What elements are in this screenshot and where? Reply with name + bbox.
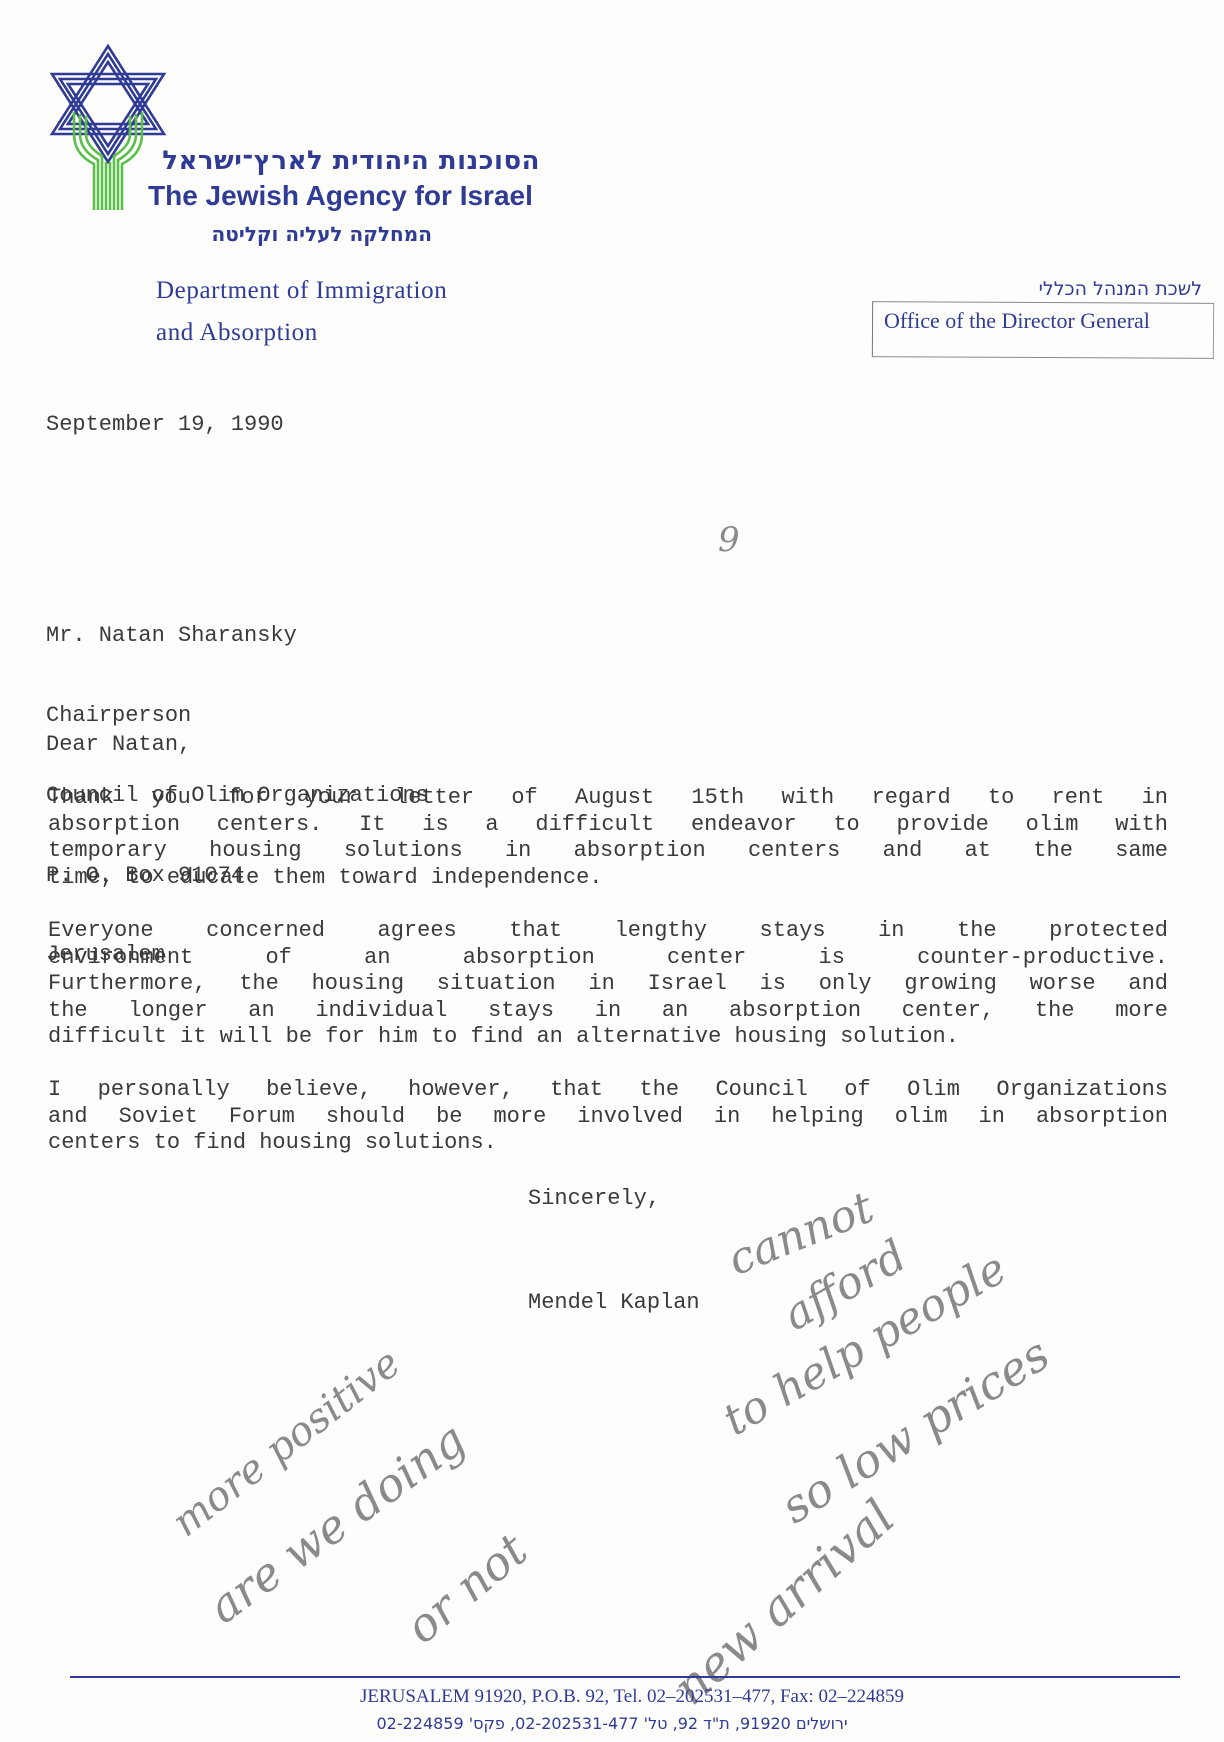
department-line-1: Department of Immigration [156,270,447,312]
handwritten-note: or not [395,1523,537,1654]
recipient-title: Chairperson [46,703,429,730]
department-line-2: and Absorption [156,312,447,354]
paragraph-line: time, to educate them toward independenc… [48,865,1168,892]
body-paragraph-2: Everyone concerned agrees that lengthy s… [48,918,1168,1051]
footer-address-english: JERUSALEM 91920, P.O.B. 92, Tel. 02–2025… [0,1686,1224,1708]
letter-date: September 19, 1990 [46,412,284,439]
department-name-hebrew: המחלקה לעליה וקליטה [150,222,432,246]
closing: Sincerely, [528,1186,660,1213]
footer-address-hebrew: ירושלים 91920, ת"ד 92, טל' 02-202531-477… [0,1714,1224,1733]
paragraph-line: I personally believe, however, that the … [48,1077,1168,1104]
recipient-name: Mr. Natan Sharansky [46,623,429,650]
paragraph-line: absorption centers. It is a difficult en… [48,812,1168,839]
department-name-english: Department of Immigration and Absorption [156,270,447,354]
org-name-english: The Jewish Agency for Israel [148,180,533,212]
salutation: Dear Natan, [46,732,191,759]
paragraph-line: difficult it will be for him to find an … [48,1024,1168,1051]
paragraph-line: Thank you for your letter of August 15th… [48,785,1168,812]
paragraph-line: Everyone concerned agrees that lengthy s… [48,918,1168,945]
paragraph-line: the longer an individual stays in an abs… [48,998,1168,1025]
footer-divider [70,1676,1180,1678]
paragraph-line: Furthermore, the housing situation in Is… [48,971,1168,998]
handwritten-page-mark: 9 [718,520,740,560]
org-name-hebrew: הסוכנות היהודית לארץ־ישראל [130,146,540,176]
paragraph-line: temporary housing solutions in absorptio… [48,838,1168,865]
paragraph-line: centers to find housing solutions. [48,1130,1168,1157]
paragraph-line: environment of an absorption center is c… [48,945,1168,972]
paragraph-line: and Soviet Forum should be more involved… [48,1104,1168,1131]
body-paragraph-1: Thank you for your letter of August 15th… [48,785,1168,891]
office-name-english: Office of the Director General [884,308,1150,334]
handwritten-note: new arrival [663,1489,906,1716]
body-paragraph-3: I personally believe, however, that the … [48,1077,1168,1157]
signature-name: Mendel Kaplan [528,1290,700,1317]
office-name-hebrew: לשכת המנהל הכללי [940,278,1202,300]
